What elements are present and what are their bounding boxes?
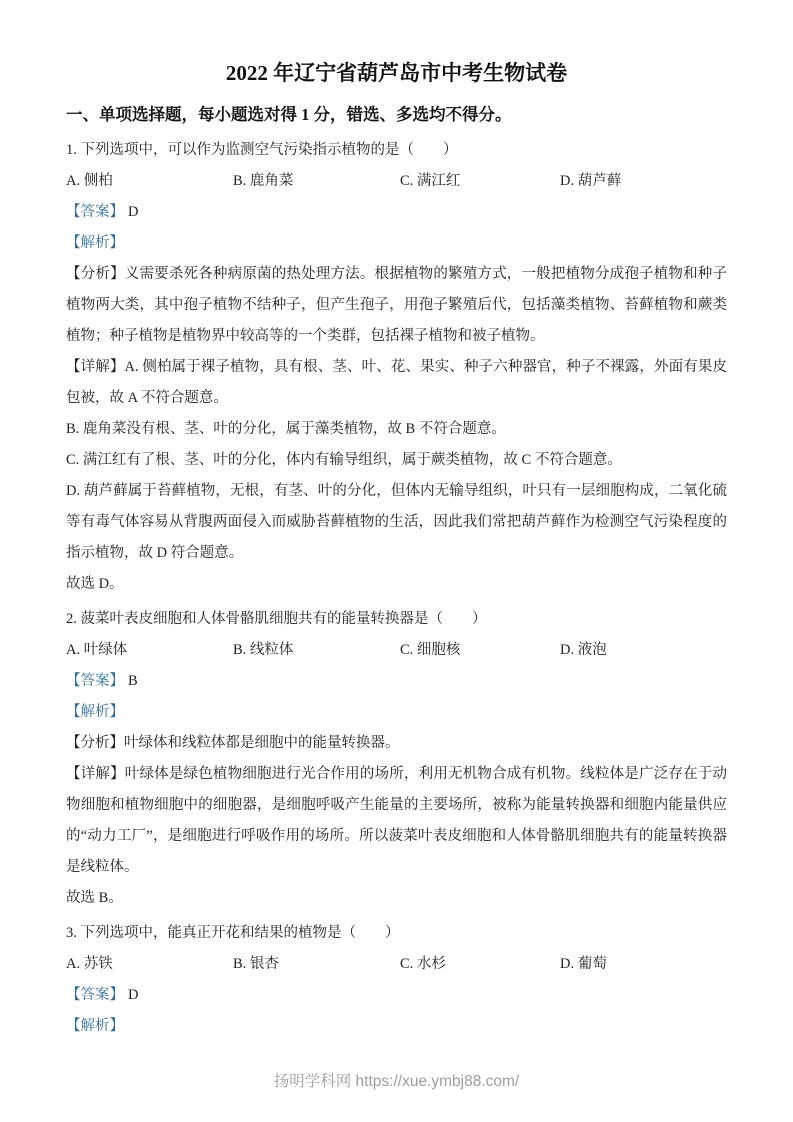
option-d: D. 葡萄 bbox=[560, 949, 727, 980]
section-heading: 一、单项选择题，每小题选对得 1 分，错选、多选均不得分。 bbox=[66, 99, 727, 131]
options-row: A. 侧柏 B. 鹿角菜 C. 满江红 D. 葫芦藓 bbox=[66, 166, 727, 197]
option-b: B. 鹿角菜 bbox=[233, 166, 400, 197]
footer-site-text: 扬明学科网 https://xue.ymbj88.com/ bbox=[274, 1073, 520, 1090]
option-d: D. 液泡 bbox=[560, 635, 727, 666]
option-c: C. 细胞核 bbox=[400, 635, 560, 666]
explanation-label: 【解析】 bbox=[66, 1018, 124, 1034]
explanation-paragraph: 【详解】A. 侧柏属于裸子植物，具有根、茎、叶、花、果实、种子六种器官，种子不裸… bbox=[66, 352, 727, 414]
answer-label: 【答案】 bbox=[66, 204, 124, 220]
option-c: C. 满江红 bbox=[400, 166, 560, 197]
option-c: C. 水杉 bbox=[400, 949, 560, 980]
answer-value: D bbox=[128, 204, 138, 220]
question-stem: 3. 下列选项中，能真正开花和结果的植物是（ ） bbox=[66, 918, 727, 949]
conclusion-line: 故选 D。 bbox=[66, 569, 727, 600]
answer-line: 【答案】D bbox=[66, 197, 727, 228]
explanation-heading: 【解析】 bbox=[66, 1011, 727, 1042]
answer-line: 【答案】B bbox=[66, 666, 727, 697]
explanation-paragraph: 【详解】叶绿体是绿色植物细胞进行光合作用的场所，利用无机物合成有机物。线粒体是广… bbox=[66, 759, 727, 883]
explanation-paragraph: D. 葫芦藓属于苔藓植物，无根，有茎、叶的分化，但体内无输导组织，叶只有一层细胞… bbox=[66, 476, 727, 569]
conclusion-line: 故选 B。 bbox=[66, 883, 727, 914]
explanation-label: 【解析】 bbox=[66, 235, 124, 251]
option-d: D. 葫芦藓 bbox=[560, 166, 727, 197]
explanation-heading: 【解析】 bbox=[66, 697, 727, 728]
answer-value: B bbox=[128, 673, 138, 689]
answer-label: 【答案】 bbox=[66, 987, 124, 1003]
explanation-paragraph: 【分析】叶绿体和线粒体都是细胞中的能量转换器。 bbox=[66, 728, 727, 759]
exam-paper-page: 2022 年辽宁省葫芦岛市中考生物试卷 一、单项选择题，每小题选对得 1 分，错… bbox=[0, 0, 793, 1122]
question-3: 3. 下列选项中，能真正开花和结果的植物是（ ） A. 苏铁 B. 银杏 C. … bbox=[66, 918, 727, 1042]
page-title: 2022 年辽宁省葫芦岛市中考生物试卷 bbox=[66, 56, 727, 90]
page-content: 2022 年辽宁省葫芦岛市中考生物试卷 一、单项选择题，每小题选对得 1 分，错… bbox=[0, 56, 793, 1042]
option-b: B. 银杏 bbox=[233, 949, 400, 980]
explanation-paragraph: C. 满江红有了根、茎、叶的分化，体内有输导组织，属于蕨类植物，故 C 不符合题… bbox=[66, 445, 727, 476]
options-row: A. 苏铁 B. 银杏 C. 水杉 D. 葡萄 bbox=[66, 949, 727, 980]
answer-label: 【答案】 bbox=[66, 673, 124, 689]
explanation-label: 【解析】 bbox=[66, 704, 124, 720]
option-b: B. 线粒体 bbox=[233, 635, 400, 666]
explanation-paragraph: B. 鹿角菜没有根、茎、叶的分化，属于藻类植物，故 B 不符合题意。 bbox=[66, 414, 727, 445]
footer-watermark: 扬明学科网 https://xue.ymbj88.com/ bbox=[0, 1072, 793, 1092]
question-2: 2. 菠菜叶表皮细胞和人体骨骼肌细胞共有的能量转换器是（ ） A. 叶绿体 B.… bbox=[66, 604, 727, 914]
explanation-heading: 【解析】 bbox=[66, 228, 727, 259]
option-a: A. 苏铁 bbox=[66, 949, 233, 980]
option-a: A. 侧柏 bbox=[66, 166, 233, 197]
question-stem: 2. 菠菜叶表皮细胞和人体骨骼肌细胞共有的能量转换器是（ ） bbox=[66, 604, 727, 635]
options-row: A. 叶绿体 B. 线粒体 C. 细胞核 D. 液泡 bbox=[66, 635, 727, 666]
question-stem: 1. 下列选项中，可以作为监测空气污染指示植物的是（ ） bbox=[66, 135, 727, 166]
option-a: A. 叶绿体 bbox=[66, 635, 233, 666]
question-1: 1. 下列选项中，可以作为监测空气污染指示植物的是（ ） A. 侧柏 B. 鹿角… bbox=[66, 135, 727, 600]
answer-value: D bbox=[128, 987, 138, 1003]
answer-line: 【答案】D bbox=[66, 980, 727, 1011]
explanation-paragraph: 【分析】义需要杀死各种病原菌的热处理方法。根据植物的繁殖方式，一般把植物分成孢子… bbox=[66, 259, 727, 352]
